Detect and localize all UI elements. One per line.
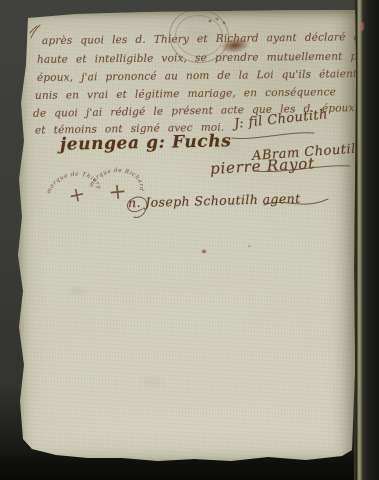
foxing-spot [201, 249, 207, 254]
signature-underline-flourish [230, 130, 316, 142]
witness-mark-left: marque de Thiery + [46, 167, 105, 216]
groom-signature-rayot: pierre Rayot [210, 154, 316, 177]
page-edge-red-mark [360, 22, 364, 31]
foxing-fleck [248, 245, 251, 247]
stamp-ink-dots [207, 17, 229, 29]
marginal-pen-mark [28, 24, 42, 40]
cross-mark-icon: + [66, 181, 87, 208]
paper-sheet: après quoi les d. Thiery et Richard ayan… [16, 9, 356, 464]
scanned-document-background: après quoi les d. Thiery et Richard ayan… [0, 0, 379, 480]
body-line-3: époux, j'ai prononcé au nom de la Loi qu… [37, 68, 357, 84]
body-line-2: haute et intelligible voix, se prendre m… [37, 50, 379, 66]
body-line-1: après quoi les d. Thiery et Richard ayan… [42, 31, 379, 47]
body-line-4: unis en vrai et légitime mariage, en con… [35, 86, 336, 102]
book-gutter-edge [354, 0, 379, 480]
witness-signature-fuchs: jeungea g: Fuchs [60, 131, 232, 155]
